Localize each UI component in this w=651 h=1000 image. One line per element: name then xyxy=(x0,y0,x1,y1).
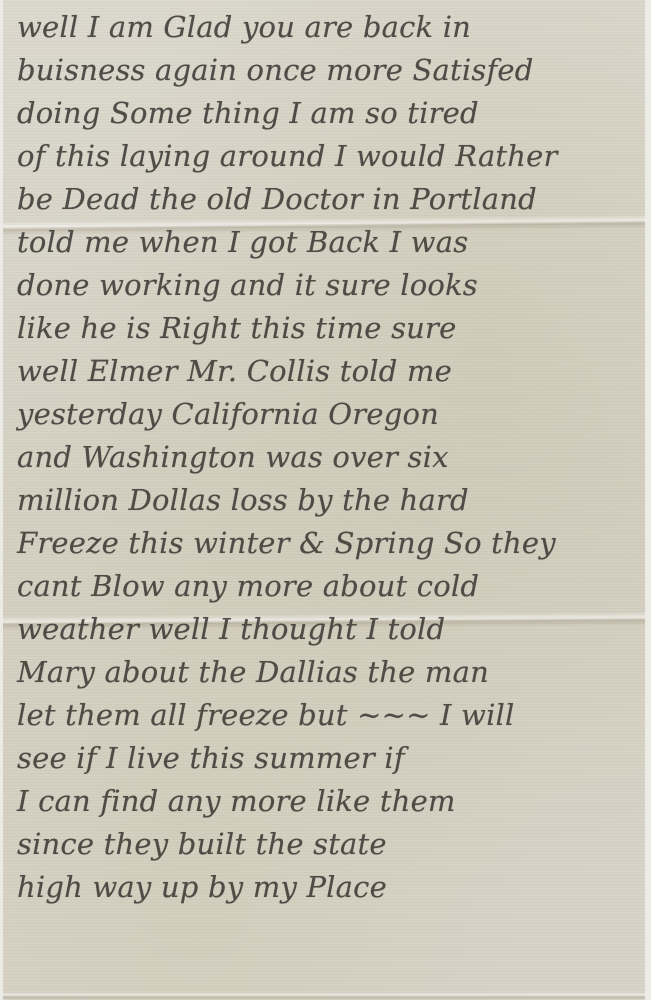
handwritten-text-body: well I am Glad you are back in buisness … xyxy=(17,6,631,909)
handwritten-line: and Washington was over six xyxy=(17,436,631,479)
handwritten-line: of this laying around I would Rather xyxy=(17,135,631,178)
handwritten-line: like he is Right this time sure xyxy=(17,307,631,350)
handwritten-line: let them all freeze but ~~~ I will xyxy=(17,694,631,737)
handwritten-line: since they built the state xyxy=(17,823,631,866)
handwritten-line: buisness again once more Satisfed xyxy=(17,49,631,92)
handwritten-line: told me when I got Back I was xyxy=(17,221,631,264)
handwritten-line: million Dollas loss by the hard xyxy=(17,479,631,522)
handwritten-line: done working and it sure looks xyxy=(17,264,631,307)
handwritten-line: weather well I thought I told xyxy=(17,608,631,651)
paper-bottom-edge xyxy=(3,992,645,1000)
handwritten-line: see if I live this summer if xyxy=(17,737,631,780)
handwritten-line: well Elmer Mr. Collis told me xyxy=(17,350,631,393)
handwritten-line: cant Blow any more about cold xyxy=(17,565,631,608)
handwritten-line: yesterday California Oregon xyxy=(17,393,631,436)
handwritten-line: I can find any more like them xyxy=(17,780,631,823)
handwritten-line: well I am Glad you are back in xyxy=(17,6,631,49)
letter-page: well I am Glad you are back in buisness … xyxy=(0,0,651,1000)
handwritten-line: doing Some thing I am so tired xyxy=(17,92,631,135)
handwritten-line: high way up by my Place xyxy=(17,866,631,909)
handwritten-line: Mary about the Dallias the man xyxy=(17,651,631,694)
handwritten-line: be Dead the old Doctor in Portland xyxy=(17,178,631,221)
handwritten-line: Freeze this winter & Spring So they xyxy=(17,522,631,565)
